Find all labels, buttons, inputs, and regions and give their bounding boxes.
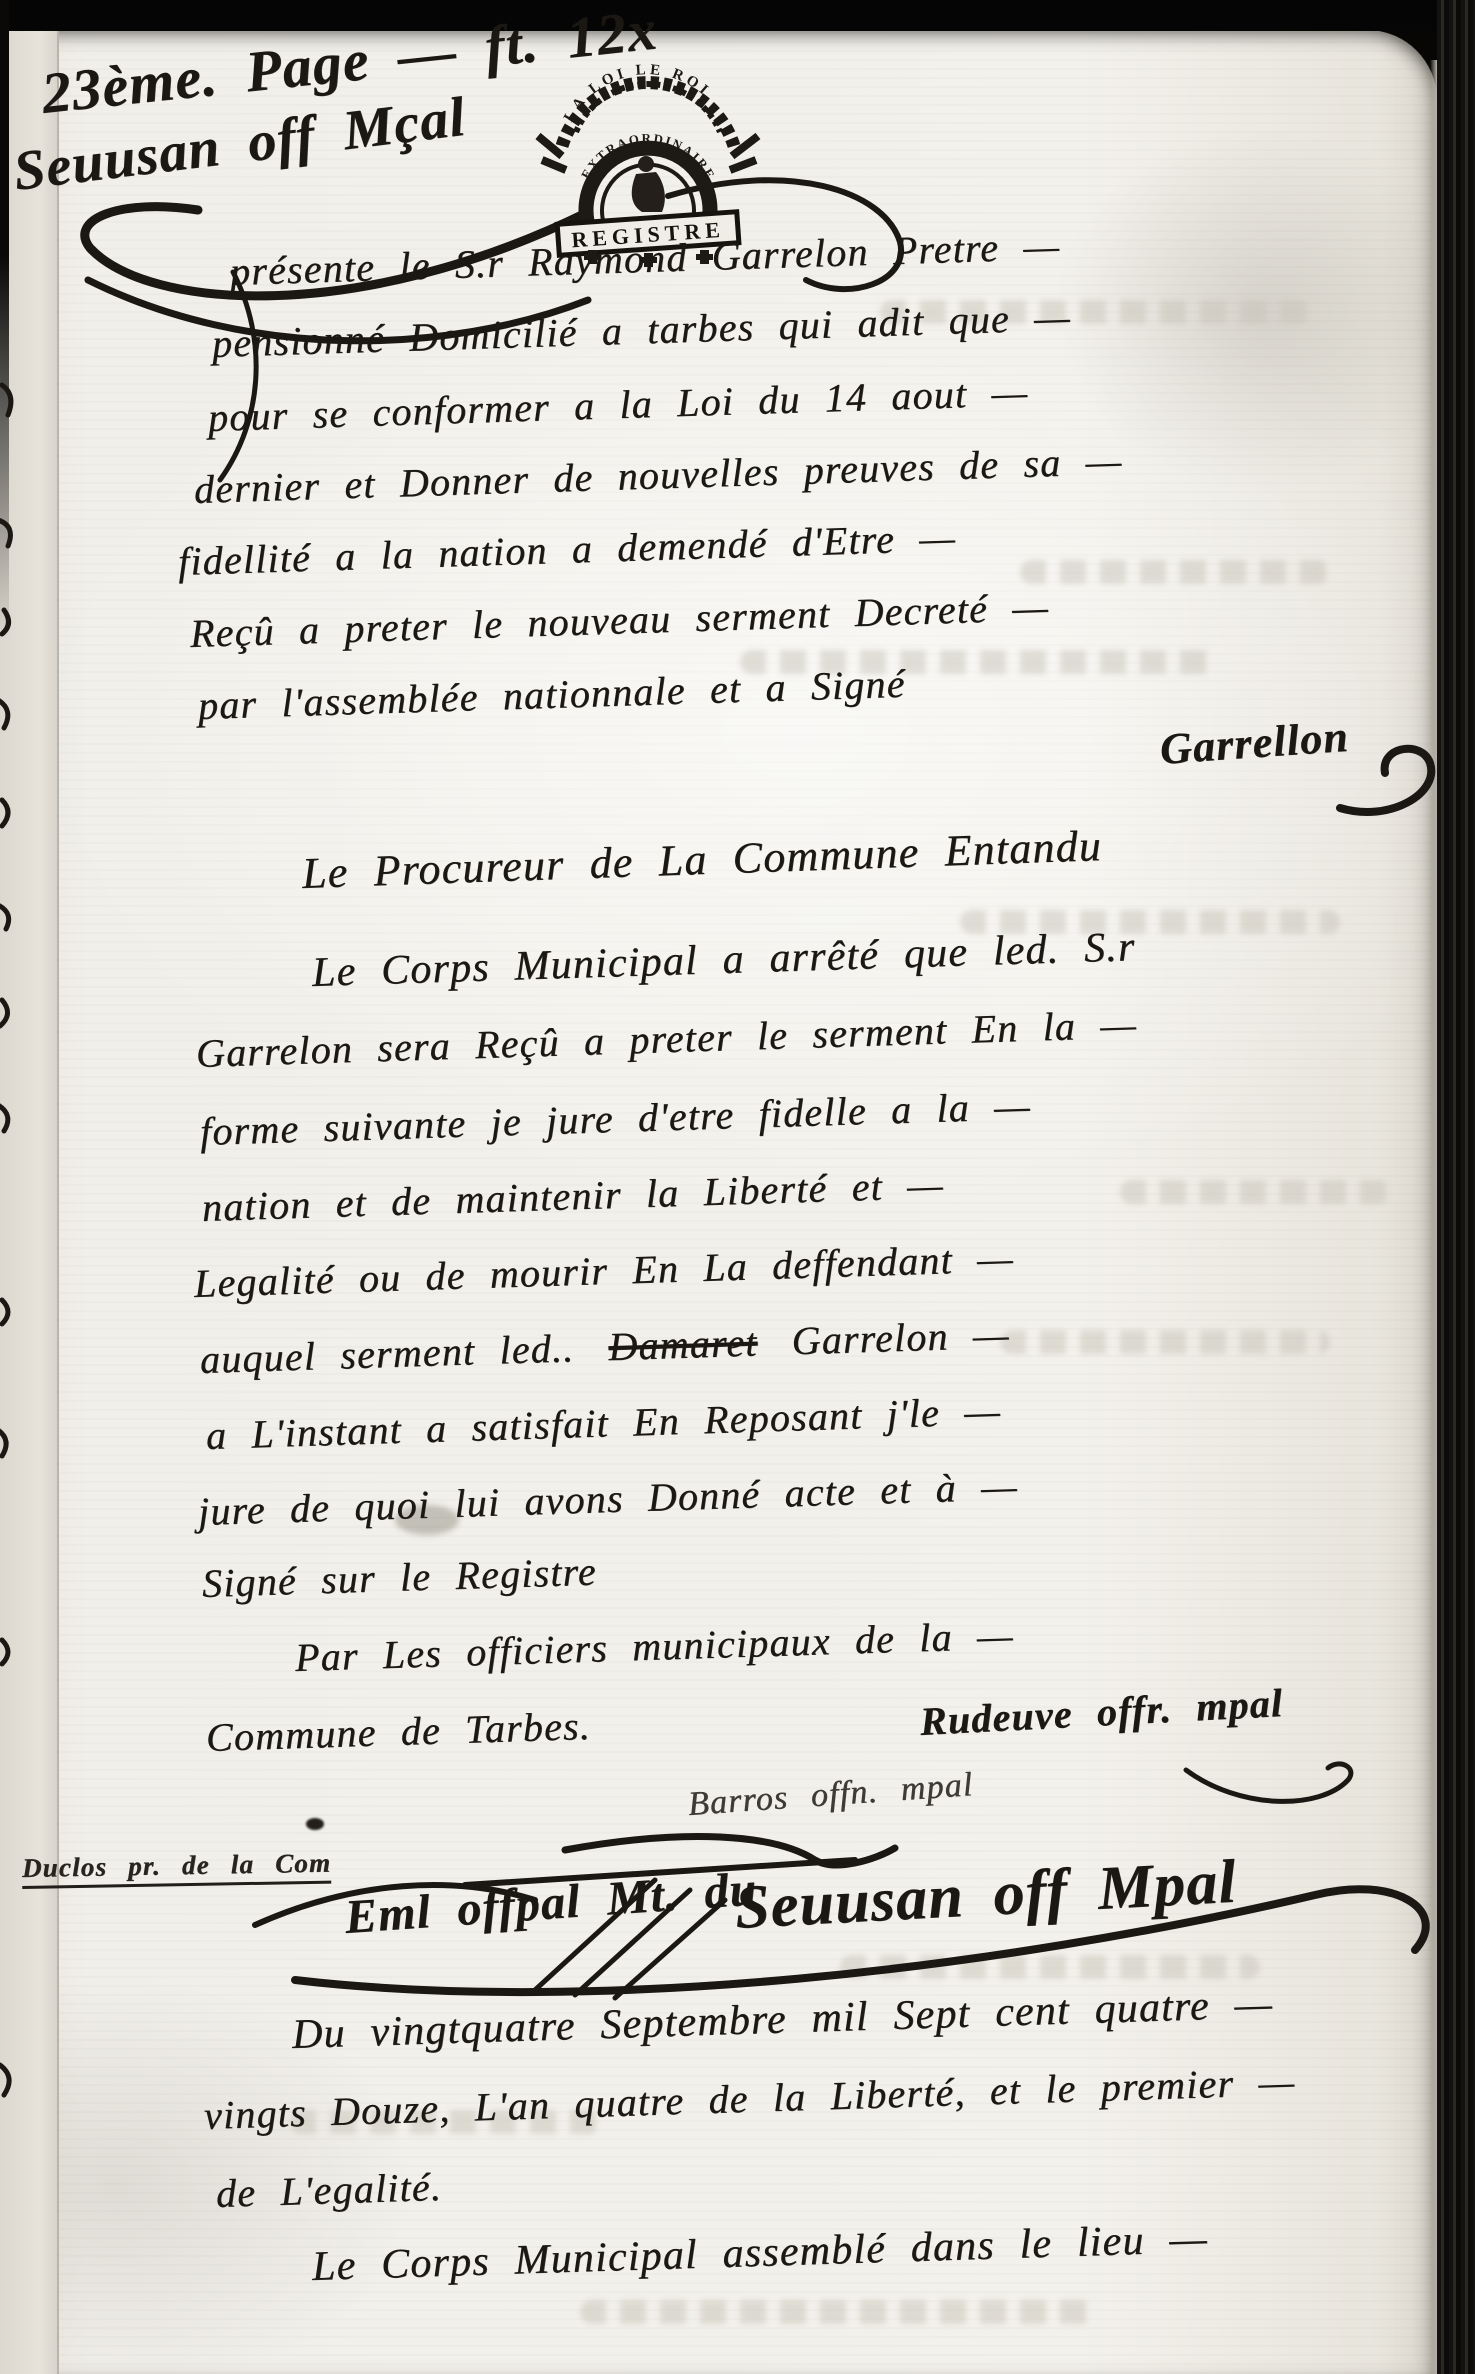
scanner-background-top bbox=[0, 0, 1475, 31]
page-edge-highlight bbox=[1430, 60, 1437, 2374]
officer-signature-flourish bbox=[1180, 1740, 1360, 1830]
manuscript-scan: 23ème. Page — ft. 12x Seuusan off Mçal L… bbox=[0, 0, 1475, 2374]
signature-paraphe bbox=[1330, 738, 1450, 828]
bleed-through-mark bbox=[1020, 560, 1330, 584]
bleed-through-mark bbox=[580, 2300, 1100, 2324]
bleed-through-mark bbox=[1000, 1330, 1330, 1354]
bleed-through-mark bbox=[1120, 1180, 1390, 1204]
manuscript-line: de L'egalité. bbox=[215, 2165, 442, 2216]
struck-name: Damaret bbox=[608, 1319, 758, 1369]
closing-signature-flourish bbox=[235, 1820, 1465, 2020]
edge-ink-fragments bbox=[0, 0, 30, 2374]
oath-text-post: Garrelon — bbox=[791, 1312, 1010, 1364]
